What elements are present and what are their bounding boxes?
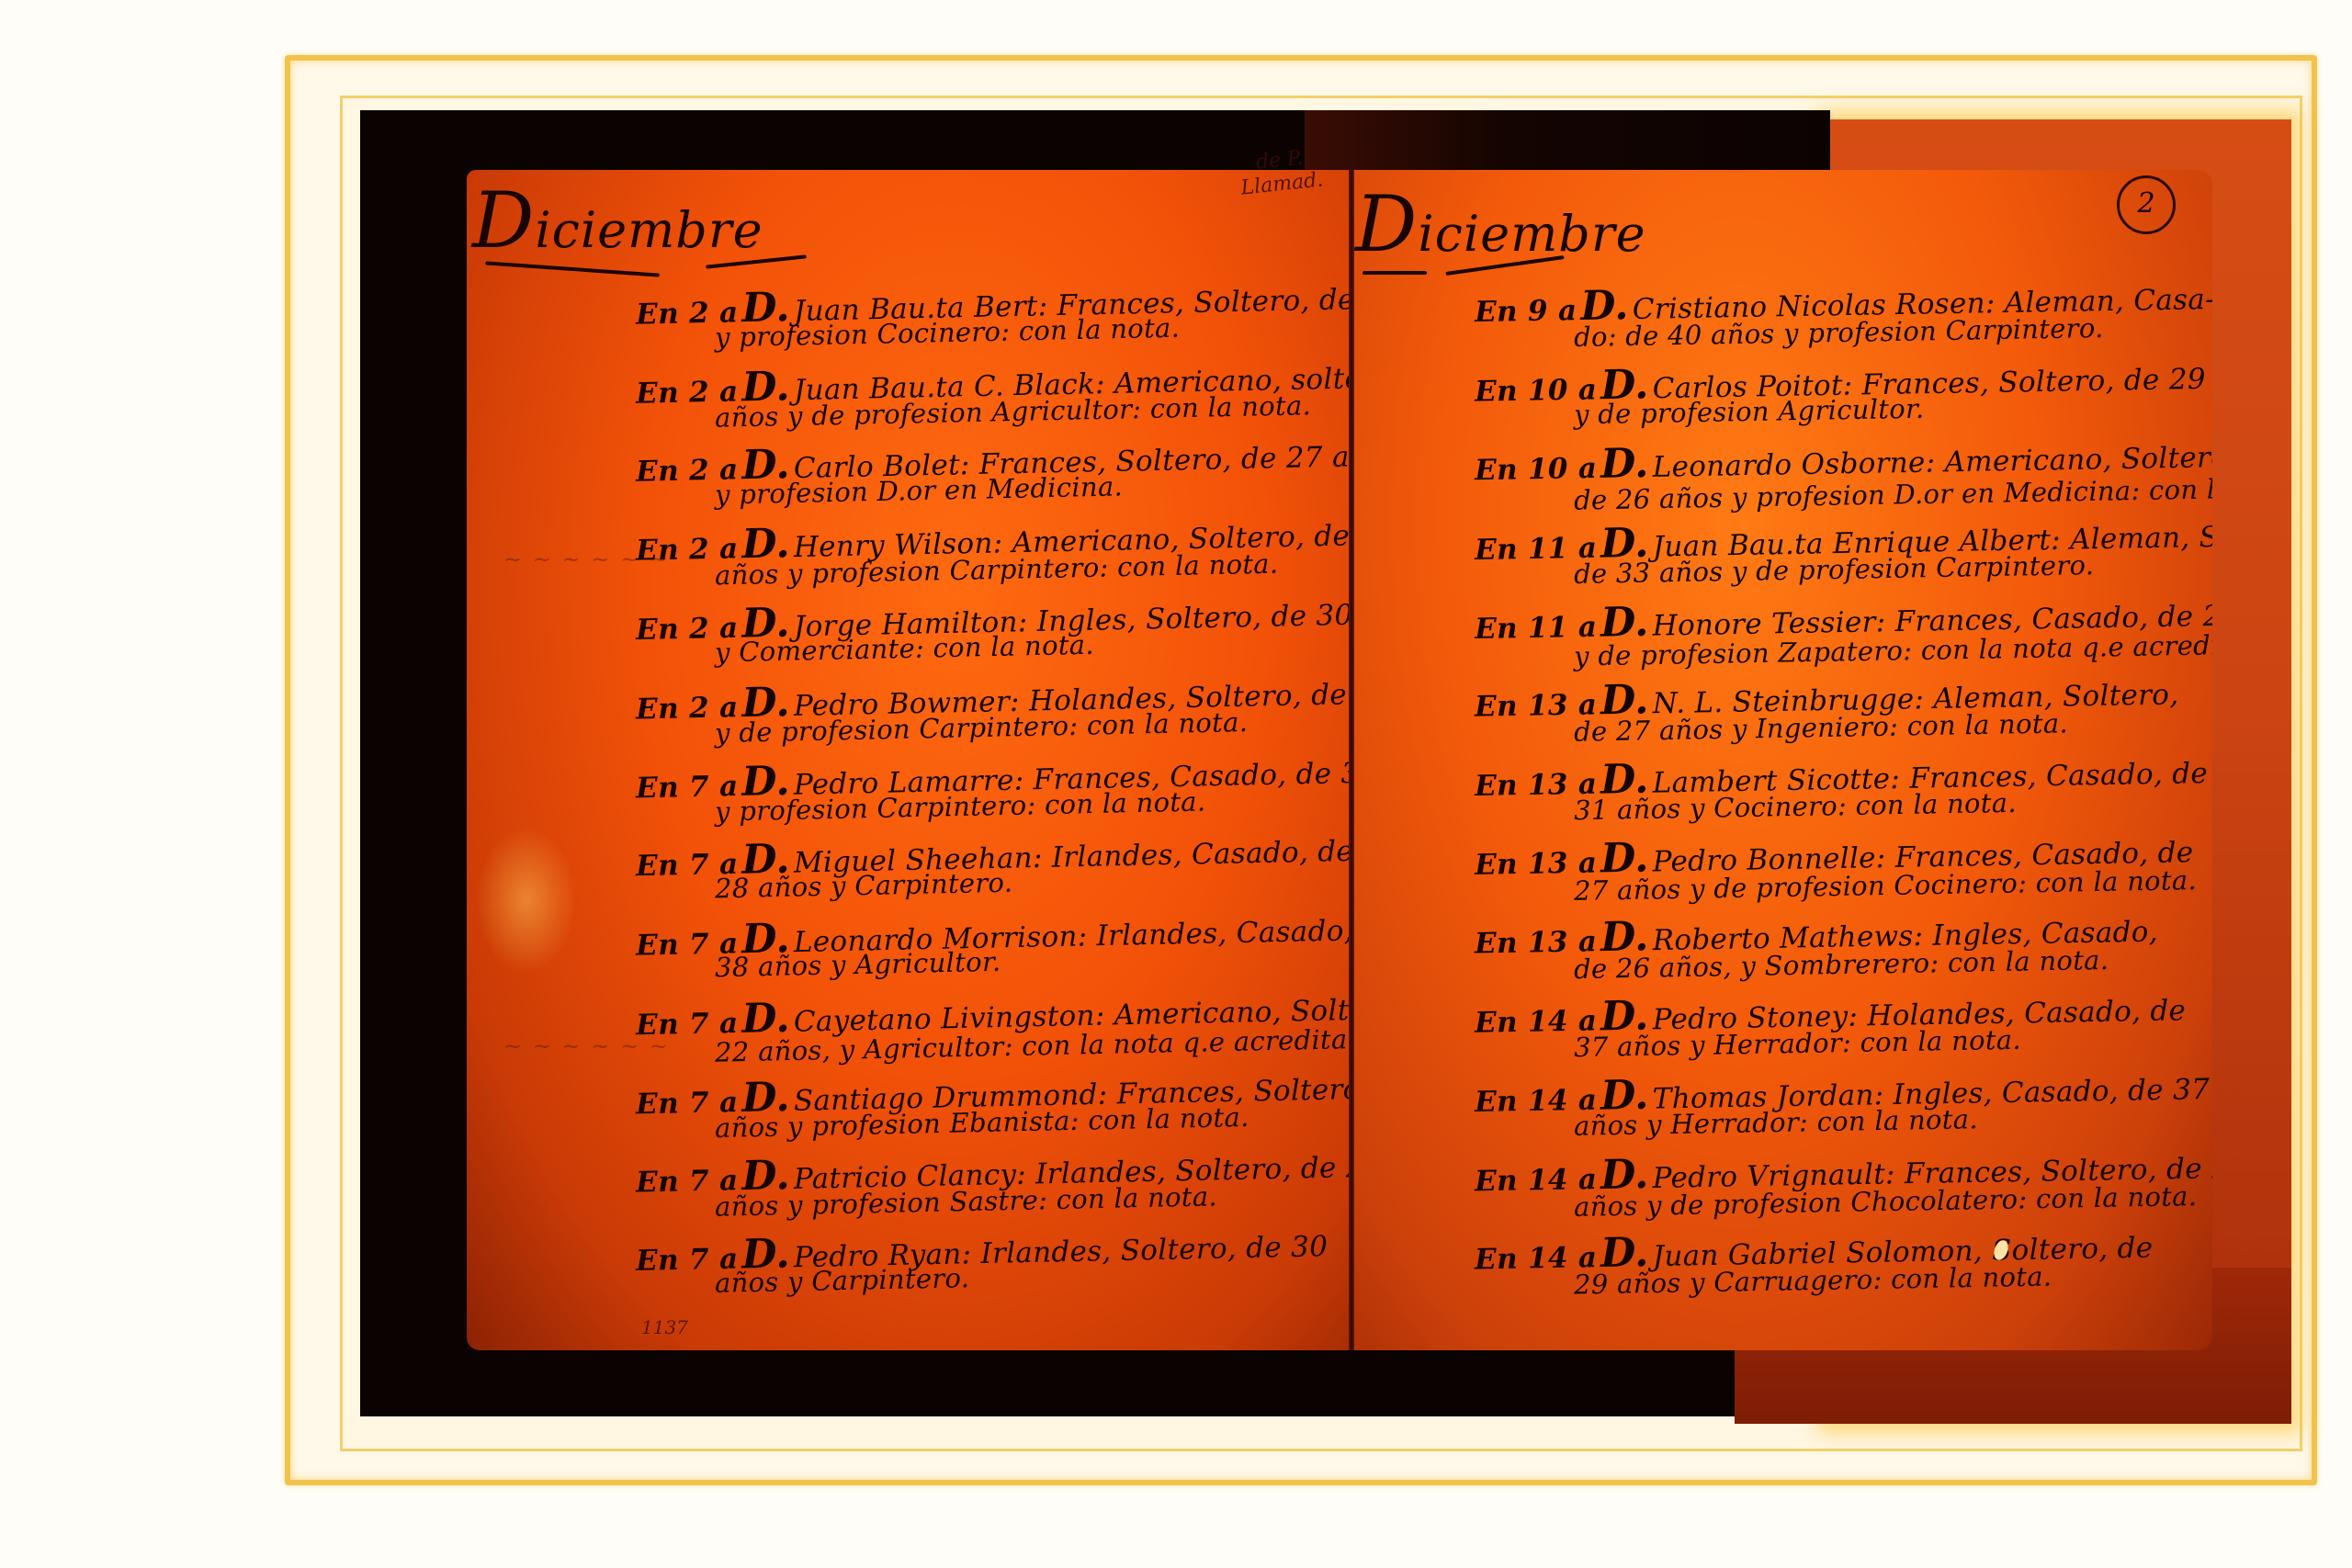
page-gutter [1349,170,1354,1350]
entry-age-profession: 38 años y Agricultor. [715,946,1001,984]
right-ledger-page: Diciembre 2 En 9 aD.Cristiano Nicolas Ro… [1353,170,2212,1350]
entry-age-profession: 31 años y Cocinero: con la nota. [1574,787,2017,826]
bleed-through-text: ~ ~ ~ ~ ~ ~ [503,547,670,572]
bleed-through-text: ~ ~ ~ ~ ~ ~ [503,1033,670,1059]
left-ledger-page: Diciembre En 2 aD.Juan Bau.ta Bert: Fran… [467,170,1353,1350]
entry-line-2: 38 años y Agricultor. [715,946,1001,984]
entry-age-profession: y Comerciante: con la nota. [715,629,1094,669]
folio-mark: 1137 [641,1316,688,1338]
mount-shadow-strip [1305,110,1819,179]
entry-age-profession: años y Herrador: con la nota. [1574,1103,1978,1142]
entry-date-margin: En 9 a [1475,294,1577,329]
entry-age-profession: 28 años y Carpintero. [715,867,1013,905]
entry-line-2: 37 años y Herrador: con la nota. [1574,1024,2021,1063]
heading-flourish [1363,271,1427,275]
entry-age-profession: 37 años y Herrador: con la nota. [1574,1024,2021,1063]
right-page-heading: Diciembre [1355,179,1646,269]
entry-line-2: 28 años y Carpintero. [715,867,1013,905]
entry-line-2: y Comerciante: con la nota. [715,629,1094,669]
entry-line-2: y de profesion Agricultor. [1574,393,1925,431]
entry-age-profession: años y Carpintero. [715,1262,970,1299]
entry-line-2: años y Herrador: con la nota. [1574,1103,1978,1142]
left-page-heading: Diciembre [472,175,763,265]
entry-age-profession: y de profesion Agricultor. [1574,393,1925,431]
don-initial: D. [1600,440,1649,488]
scan-glare [476,827,577,974]
page-number-badge: 2 [2117,175,2176,234]
entry-line-2: 31 años y Cocinero: con la nota. [1574,787,2017,826]
entry-line-2: años y Carpintero. [715,1262,970,1299]
entry-date-margin: En 10 a [1475,452,1598,487]
